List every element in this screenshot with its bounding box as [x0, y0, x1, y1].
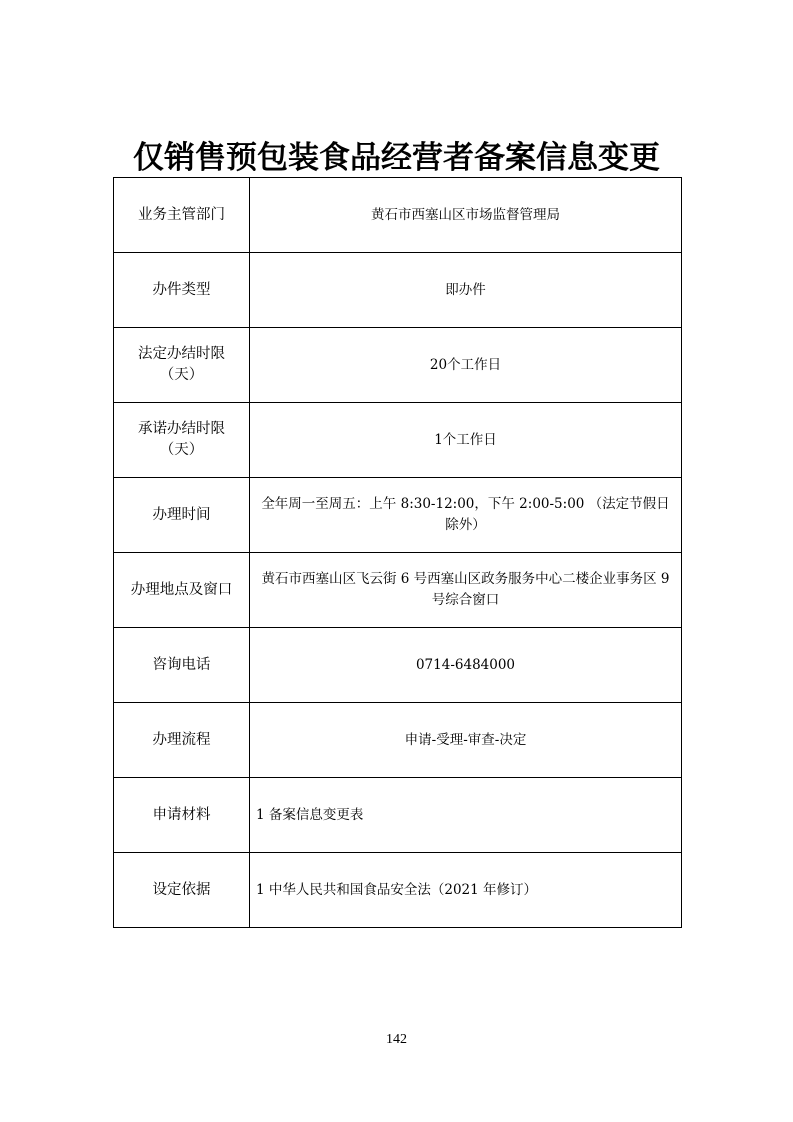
row-label: 办理流程: [114, 703, 250, 778]
table-row: 法定办结时限（天） 20个工作日: [114, 328, 682, 403]
row-label: 办理时间: [114, 478, 250, 553]
table-row: 业务主管部门 黄石市西塞山区市场监督管理局: [114, 178, 682, 253]
info-table: 业务主管部门 黄石市西塞山区市场监督管理局 办件类型 即办件 法定办结时限（天）…: [113, 177, 682, 928]
table-row: 办理时间 全年周一至周五：上午 8:30-12:00，下午 2:00-5:00 …: [114, 478, 682, 553]
row-value: 0714-6484000: [250, 628, 682, 703]
row-value: 1 中华人民共和国食品安全法（2021 年修订）: [250, 853, 682, 928]
row-value: 黄石市西塞山区飞云街 6 号西塞山区政务服务中心二楼企业事务区 9 号综合窗口: [250, 553, 682, 628]
row-value: 1个工作日: [250, 403, 682, 478]
row-label: 法定办结时限（天）: [114, 328, 250, 403]
row-label: 咨询电话: [114, 628, 250, 703]
row-label: 承诺办结时限（天）: [114, 403, 250, 478]
table-row: 办件类型 即办件: [114, 253, 682, 328]
row-value: 申请-受理-审查-决定: [250, 703, 682, 778]
row-label: 申请材料: [114, 778, 250, 853]
row-label: 办件类型: [114, 253, 250, 328]
label-text: 承诺办结时限（天）: [129, 419, 234, 461]
row-value: 全年周一至周五：上午 8:30-12:00，下午 2:00-5:00 （法定节假…: [250, 478, 682, 553]
table-row: 咨询电话 0714-6484000: [114, 628, 682, 703]
row-label: 业务主管部门: [114, 178, 250, 253]
table-row: 办理地点及窗口 黄石市西塞山区飞云街 6 号西塞山区政务服务中心二楼企业事务区 …: [114, 553, 682, 628]
table-row: 承诺办结时限（天） 1个工作日: [114, 403, 682, 478]
row-label: 办理地点及窗口: [114, 553, 250, 628]
label-text: 法定办结时限（天）: [129, 344, 234, 386]
table-row: 设定依据 1 中华人民共和国食品安全法（2021 年修订）: [114, 853, 682, 928]
row-value: 1 备案信息变更表: [250, 778, 682, 853]
table-row: 申请材料 1 备案信息变更表: [114, 778, 682, 853]
row-value: 即办件: [250, 253, 682, 328]
table-row: 办理流程 申请-受理-审查-决定: [114, 703, 682, 778]
row-value: 20个工作日: [250, 328, 682, 403]
page-number: 142: [0, 1032, 793, 1048]
document-title: 仅销售预包装食品经营者备案信息变更: [0, 136, 793, 180]
row-value: 黄石市西塞山区市场监督管理局: [250, 178, 682, 253]
row-label: 设定依据: [114, 853, 250, 928]
